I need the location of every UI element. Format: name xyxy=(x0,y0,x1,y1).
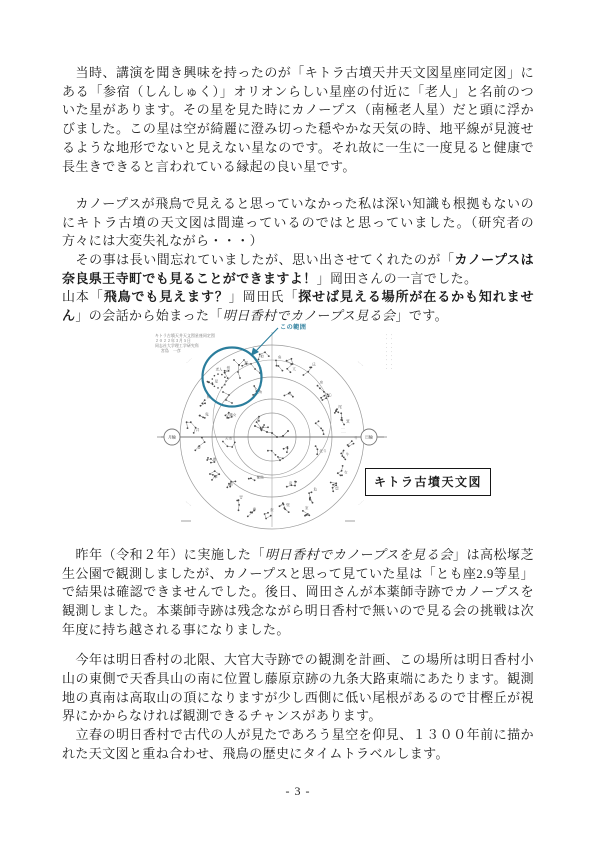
text-run: その事は長い間忘れていましたが、思い出させてくれたのが「 xyxy=(62,252,454,267)
svg-text:·······: ······· xyxy=(185,357,193,365)
text-run: 明日香村でカノープスを見る会 xyxy=(265,547,453,562)
svg-text:奎: 奎 xyxy=(270,507,274,512)
svg-text:觜: 觜 xyxy=(213,456,217,461)
svg-text:・: ・ xyxy=(390,366,393,370)
svg-text:心: 心 xyxy=(328,392,332,397)
svg-text:軫: 軫 xyxy=(261,353,265,358)
svg-text:室: 室 xyxy=(305,505,309,510)
svg-text:星: 星 xyxy=(215,378,219,383)
svg-text:紫微: 紫微 xyxy=(257,474,265,479)
figure-corner-text-line4: 宮島 一彦 xyxy=(161,348,181,353)
svg-text:昴: 昴 xyxy=(229,481,233,486)
figure-corner-text-line2: ２０２２年３月５日 xyxy=(155,338,191,343)
svg-text:角: 角 xyxy=(278,354,282,359)
text-run: 当時、講演を聞き興味を持ったのが「キトラ古墳天井天文図星座同定図」にある「参宿（… xyxy=(62,65,534,174)
document-page: 当時、講演を聞き興味を持ったのが「キトラ古墳天井天文図星座同定図」にある「参宿（… xyxy=(0,0,596,843)
paragraph-3: その事は長い間忘れていましたが、思い出させてくれたのが「カノープスは奈良県王寺町… xyxy=(62,251,534,288)
svg-text:虚: 虚 xyxy=(335,485,339,490)
paragraph-5: 今年は明日香村の北限、大官大寺跡での観測を計画、この場所は明日香村小山の東側で天… xyxy=(62,651,534,726)
svg-text:女: 女 xyxy=(344,469,348,474)
svg-text:壁: 壁 xyxy=(286,502,290,507)
svg-text:鬼: 鬼 xyxy=(205,411,209,416)
svg-text:織女: 織女 xyxy=(229,412,237,417)
figure-corner-text-line1: キトラ古墳天井天文図星座同定図 xyxy=(155,333,215,338)
text-run: 山本「 xyxy=(62,289,104,304)
svg-text:尾: 尾 xyxy=(338,404,342,409)
text-run: 飛鳥でも見えます？ xyxy=(104,289,229,304)
annotation-this-range: この範囲 xyxy=(280,323,306,331)
svg-text:北斗: 北斗 xyxy=(319,448,327,453)
text-run: 立春の明日香村で古代の人が見たであろう星空を仰見、１３００年前に描かれた天文図と… xyxy=(62,727,534,761)
svg-text:畢: 畢 xyxy=(214,474,218,479)
moon-disk-label: 月輪 xyxy=(168,433,176,439)
svg-text:斗: 斗 xyxy=(354,435,358,440)
svg-text:帝: 帝 xyxy=(289,481,293,486)
text-run: 」岡田氏「 xyxy=(229,289,298,304)
svg-text:翼: 翼 xyxy=(244,360,248,365)
text-run: 」岡田さんの一言でした。 xyxy=(317,271,478,286)
svg-text:胃: 胃 xyxy=(239,494,243,499)
chart-constellations: 角亢氐房心尾箕斗牛女虚危室壁奎婁胃昴畢觜参井鬼柳星張翼軫北斗帝紫微天市織女大角·… xyxy=(184,351,365,519)
svg-text:危: 危 xyxy=(314,486,318,491)
svg-text:牛: 牛 xyxy=(346,451,350,456)
svg-text:井: 井 xyxy=(196,427,200,432)
paragraph-2: カノープスが飛鳥で見えると思っていなかった私は深い知識も根拠もないのにキトラ古墳… xyxy=(62,195,534,251)
svg-text:·······: ······· xyxy=(356,360,364,368)
svg-text:婁: 婁 xyxy=(253,506,257,511)
svg-text:参: 参 xyxy=(197,444,201,449)
figure-corner-text-line3: 同志社大学理工学研究科 xyxy=(155,343,199,348)
star-chart-svg: 角亢氐房心尾箕斗牛女虚危室壁奎婁胃昴畢觜参井鬼柳星張翼軫北斗帝紫微天市織女大角·… xyxy=(135,320,485,532)
svg-text:亢: 亢 xyxy=(292,366,296,371)
svg-text:箕: 箕 xyxy=(346,418,350,423)
svg-text:氐: 氐 xyxy=(312,361,316,366)
paragraph-4: 昨年（令和２年）に実施した「明日香村でカノープスを見る会」は高松塚芝生公園で観測… xyxy=(62,546,534,640)
page-number: - 3 - xyxy=(62,784,534,799)
sun-disk-label: 日輪 xyxy=(365,433,373,439)
star-chart-figure: 角亢氐房心尾箕斗牛女虚危室壁奎婁胃昴畢觜参井鬼柳星張翼軫北斗帝紫微天市織女大角·… xyxy=(135,320,485,532)
old-man-star-label: 老人 xyxy=(216,366,223,371)
text-run: カノープスが飛鳥で見えると思っていなかった私は深い知識も根拠もないのにキトラ古墳… xyxy=(62,196,534,248)
svg-text:·····: ····· xyxy=(341,431,346,435)
svg-text:·······: ······· xyxy=(184,500,192,508)
svg-text:·······: ······· xyxy=(357,499,365,507)
paragraph-1: 当時、講演を聞き興味を持ったのが「キトラ古墳天井天文図星座同定図」にある「参宿（… xyxy=(62,64,534,176)
text-run: 昨年（令和２年）に実施した「 xyxy=(62,547,265,562)
svg-text:・: ・ xyxy=(385,366,388,370)
figure-caption-box: キトラ古墳天文図 xyxy=(365,468,491,496)
text-run: 今年は明日香村の北限、大官大寺跡での観測を計画、この場所は明日香村小山の東側で天… xyxy=(62,652,534,723)
paragraph-6: 立春の明日香村で古代の人が見たであろう星空を仰見、１３００年前に描かれた天文図と… xyxy=(62,726,534,763)
svg-text:房: 房 xyxy=(320,380,324,385)
svg-text:張: 張 xyxy=(227,365,231,370)
svg-text:天市: 天市 xyxy=(225,435,233,440)
